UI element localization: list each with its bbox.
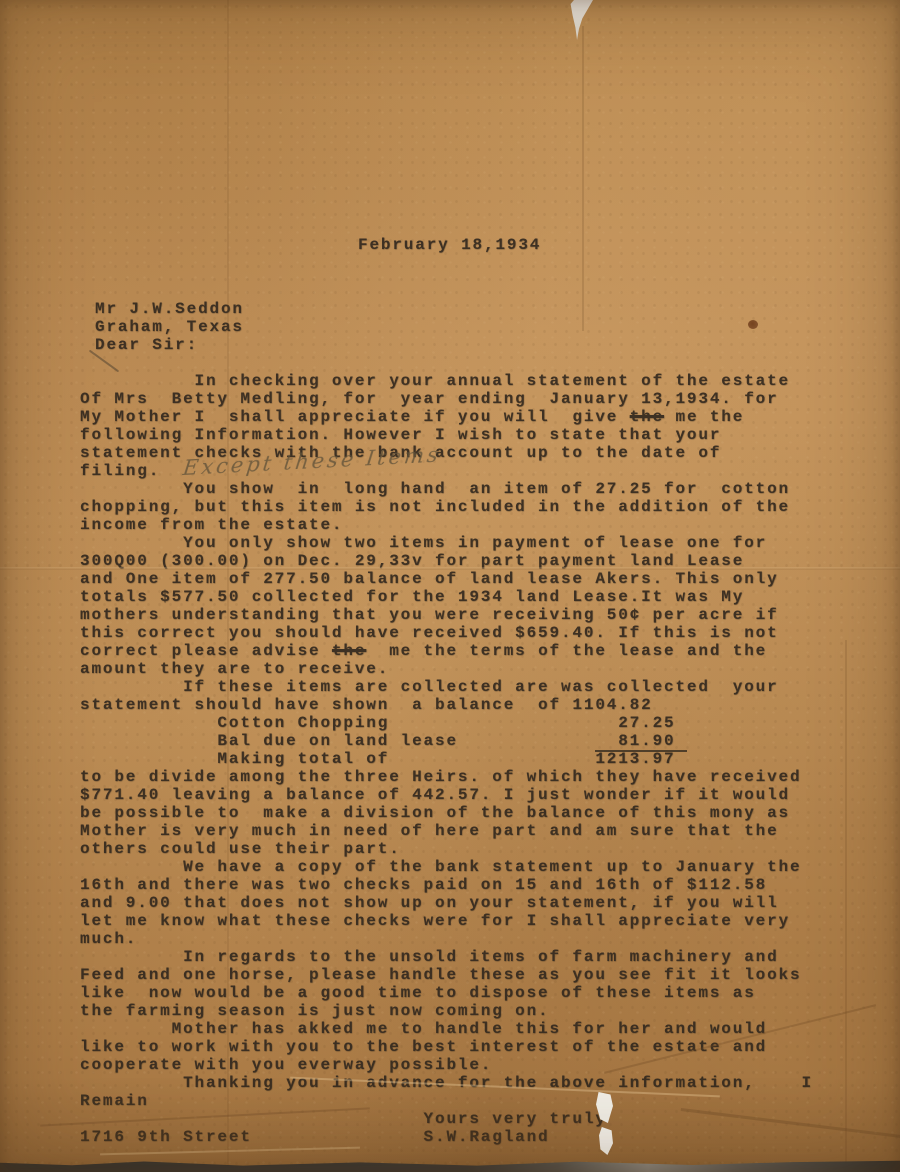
letter-line: like to work with you to the best intere… — [80, 1038, 813, 1056]
letter-line: income from the estate. — [80, 516, 813, 534]
letter-line: others could use their part. — [80, 840, 813, 858]
letter-line: Yours very truly — [80, 1110, 813, 1128]
letter-line: Mother has akked me to handle this for h… — [80, 1020, 813, 1038]
letter-line: Dear Sir: — [95, 336, 244, 354]
letter-line: mothers understanding that you were rece… — [80, 606, 813, 624]
letter-line: totals $577.50 collected for the 1934 la… — [80, 588, 813, 606]
letter-line: this correct you should have received $6… — [80, 624, 813, 642]
letter-line: $771.40 leaving a balance of 442.57. I j… — [80, 786, 813, 804]
letter-line: and One item of 277.50 balance of land l… — [80, 570, 813, 588]
letter-line: statement should have shown a balance of… — [80, 696, 813, 714]
letter-line: My Mother I shall appreciate if you will… — [80, 408, 813, 426]
letter-line: correct please advise the me the terms o… — [80, 642, 813, 660]
letter-line: let me know what these checks were for I… — [80, 912, 813, 930]
letter-line: be possible to make a division of the ba… — [80, 804, 813, 822]
letter-line: In regards to the unsold items of farm m… — [80, 948, 813, 966]
letter-line: Bal due on land lease 81.90 — [80, 732, 813, 750]
letter-line: Remain — [80, 1092, 813, 1110]
letter-line: 1716 9th Street S.W.Ragland — [80, 1128, 813, 1146]
recipient-block: Mr J.W.SeddonGraham, TexasDear Sir: — [95, 300, 244, 354]
letter-paper: February 18,1934 Mr J.W.SeddonGraham, Te… — [0, 0, 900, 1172]
letter-body: In checking over your annual statement o… — [80, 372, 813, 1146]
letter-line: Making total of 1213.97 — [80, 750, 813, 768]
letter-line: If these items are collected are was col… — [80, 678, 813, 696]
letter-line: Thanking you in advance for the above in… — [80, 1074, 813, 1092]
date-line: February 18,1934 — [358, 236, 541, 254]
letter-line: to be divide among the three Heirs. of w… — [80, 768, 813, 786]
letter-line: amount they are to receive. — [80, 660, 813, 678]
letter-line: 300Q00 (300.00) on Dec. 29,33v for part … — [80, 552, 813, 570]
letter-line: and 9.00 that does not show up on your s… — [80, 894, 813, 912]
letter-line: Mother is very much in need of here part… — [80, 822, 813, 840]
letter-line: You only show two items in payment of le… — [80, 534, 813, 552]
letter-line: the farming season is just now coming on… — [80, 1002, 813, 1020]
crease-line-vertical-top — [582, 26, 584, 331]
letter-line: following Information. However I wish to… — [80, 426, 813, 444]
torn-edge-bottom — [0, 1156, 900, 1172]
letter-line: You show in long hand an item of 27.25 f… — [80, 480, 813, 498]
tear-spot-right-2 — [599, 1127, 613, 1155]
letter-line: Feed and one horse, please handle these … — [80, 966, 813, 984]
letter-line: chopping, but this item is not included … — [80, 498, 813, 516]
letter-line: Cotton Chopping 27.25 — [80, 714, 813, 732]
letter-line: cooperate with you everway possible. — [80, 1056, 813, 1074]
letter-line: Mr J.W.Seddon — [95, 300, 244, 318]
stain-dot — [748, 320, 758, 329]
letter-line: We have a copy of the bank statement up … — [80, 858, 813, 876]
letter-line: much. — [80, 930, 813, 948]
letter-line: 16th and there was two checks paid on 15… — [80, 876, 813, 894]
letter-line: like now would be a good time to dispose… — [80, 984, 813, 1002]
letter-line: Of Mrs Betty Medling, for year ending Ja… — [80, 390, 813, 408]
torn-notch-top — [565, 0, 593, 40]
crease-line-vertical-right — [845, 640, 847, 1170]
crease-line-bottom-5 — [100, 1147, 360, 1156]
letter-line: In checking over your annual statement o… — [80, 372, 813, 390]
letter-line: Graham, Texas — [95, 318, 244, 336]
